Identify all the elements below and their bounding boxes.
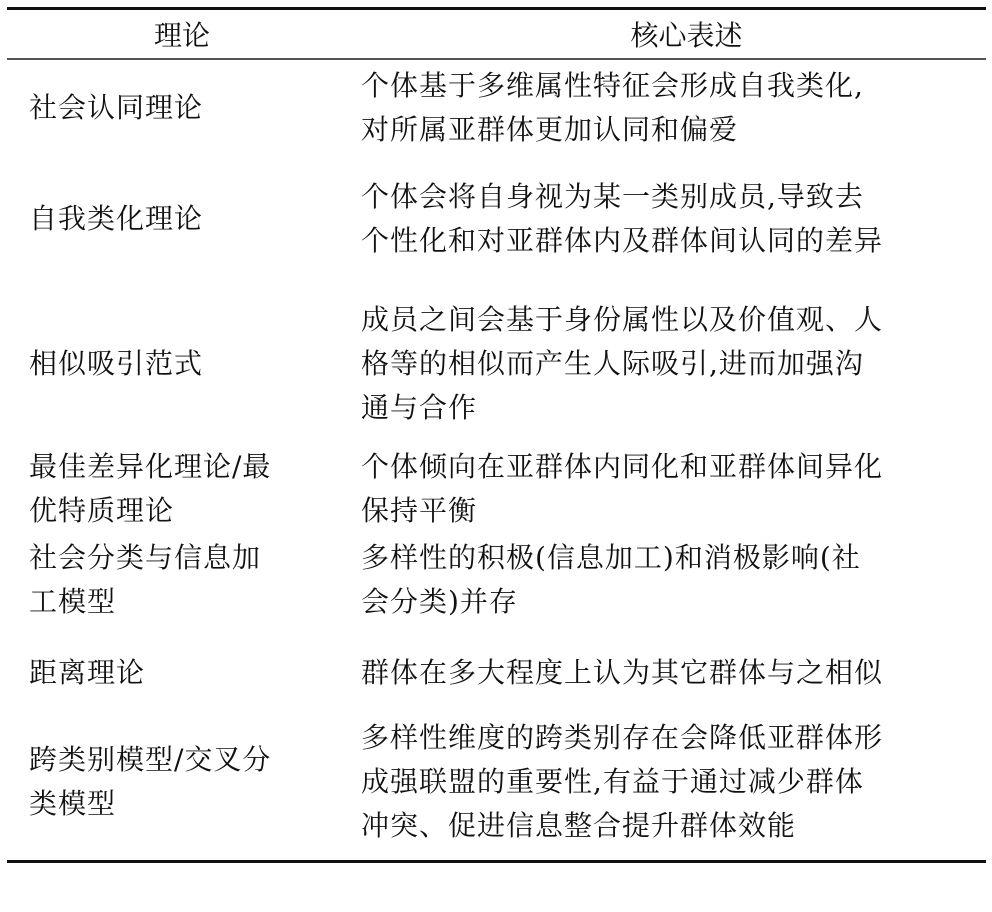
statement-cell: 个体会将自身视为某一类别成员,导致去 个性化和对亚群体内及群体间认同的差异 [337, 175, 986, 263]
table-row: 社会认同理论 个体基于多维属性特征会形成自我类化, 对所属亚群体更加认同和偏爱 [7, 62, 986, 154]
theory-text: 相似吸引范式 [29, 342, 337, 386]
statement-text: 会分类)并存 [361, 580, 986, 624]
theory-text: 社会分类与信息加 [29, 536, 337, 580]
statement-text: 多样性维度的跨类别存在会降低亚群体形 [361, 716, 986, 760]
table-header-row: 理论 核心表述 [7, 10, 986, 58]
header-theory: 理论 [7, 14, 357, 54]
table-header-rule [7, 58, 986, 60]
header-core-statement: 核心表述 [357, 14, 986, 54]
theory-text: 类模型 [29, 782, 337, 826]
theory-cell: 跨类别模型/交叉分 类模型 [7, 738, 337, 826]
statement-text: 成强联盟的重要性,有益于通过减少群体 [361, 760, 986, 804]
statement-cell: 成员之间会基于身份属性以及价值观、人 格等的相似而产生人际吸引,进而加强沟 通与… [337, 298, 986, 430]
theory-text: 优特质理论 [29, 489, 337, 533]
theory-cell: 社会分类与信息加 工模型 [7, 536, 337, 624]
table-body: 社会认同理论 个体基于多维属性特征会形成自我类化, 对所属亚群体更加认同和偏爱 … [7, 62, 986, 858]
statement-cell: 个体基于多维属性特征会形成自我类化, 对所属亚群体更加认同和偏爱 [337, 64, 986, 152]
statement-text: 格等的相似而产生人际吸引,进而加强沟 [361, 342, 986, 386]
table-row: 最佳差异化理论/最 优特质理论 个体倾向在亚群体内同化和亚群体间异化 保持平衡 [7, 444, 986, 534]
theory-text: 跨类别模型/交叉分 [29, 738, 337, 782]
theory-cell: 自我类化理论 [7, 197, 337, 241]
statement-text: 成员之间会基于身份属性以及价值观、人 [361, 298, 986, 342]
theory-cell: 社会认同理论 [7, 86, 337, 130]
statement-text: 通与合作 [361, 386, 986, 430]
theory-text: 距离理论 [29, 651, 337, 695]
table-row: 社会分类与信息加 工模型 多样性的积极(信息加工)和消极影响(社 会分类)并存 [7, 534, 986, 626]
theory-cell: 距离理论 [7, 651, 337, 695]
table-row: 相似吸引范式 成员之间会基于身份属性以及价值观、人 格等的相似而产生人际吸引,进… [7, 284, 986, 444]
theory-text: 自我类化理论 [29, 197, 337, 241]
theory-cell: 相似吸引范式 [7, 342, 337, 386]
statement-text: 多样性的积极(信息加工)和消极影响(社 [361, 536, 986, 580]
statement-text: 保持平衡 [361, 489, 986, 533]
statement-text: 个体会将自身视为某一类别成员,导致去 [361, 175, 986, 219]
statement-cell: 群体在多大程度上认为其它群体与之相似 [337, 651, 986, 695]
theory-text: 工模型 [29, 580, 337, 624]
statement-text: 个体倾向在亚群体内同化和亚群体间异化 [361, 445, 986, 489]
theory-text: 最佳差异化理论/最 [29, 445, 337, 489]
statement-text: 个体基于多维属性特征会形成自我类化, [361, 64, 986, 108]
theory-cell: 最佳差异化理论/最 优特质理论 [7, 445, 337, 533]
statement-text: 个性化和对亚群体内及群体间认同的差异 [361, 219, 986, 263]
table-row: 自我类化理论 个体会将自身视为某一类别成员,导致去 个性化和对亚群体内及群体间认… [7, 154, 986, 284]
statement-cell: 个体倾向在亚群体内同化和亚群体间异化 保持平衡 [337, 445, 986, 533]
statement-text: 对所属亚群体更加认同和偏爱 [361, 108, 986, 152]
table-row: 距离理论 群体在多大程度上认为其它群体与之相似 [7, 640, 986, 706]
statement-cell: 多样性维度的跨类别存在会降低亚群体形 成强联盟的重要性,有益于通过减少群体 冲突… [337, 716, 986, 848]
statement-text: 群体在多大程度上认为其它群体与之相似 [361, 651, 986, 695]
theory-text: 社会认同理论 [29, 86, 337, 130]
theory-table: 理论 核心表述 社会认同理论 个体基于多维属性特征会形成自我类化, 对所属亚群体… [7, 7, 986, 863]
table-bottom-rule [7, 860, 986, 863]
statement-text: 冲突、促进信息整合提升群体效能 [361, 804, 986, 848]
table-row: 跨类别模型/交叉分 类模型 多样性维度的跨类别存在会降低亚群体形 成强联盟的重要… [7, 706, 986, 858]
statement-cell: 多样性的积极(信息加工)和消极影响(社 会分类)并存 [337, 536, 986, 624]
